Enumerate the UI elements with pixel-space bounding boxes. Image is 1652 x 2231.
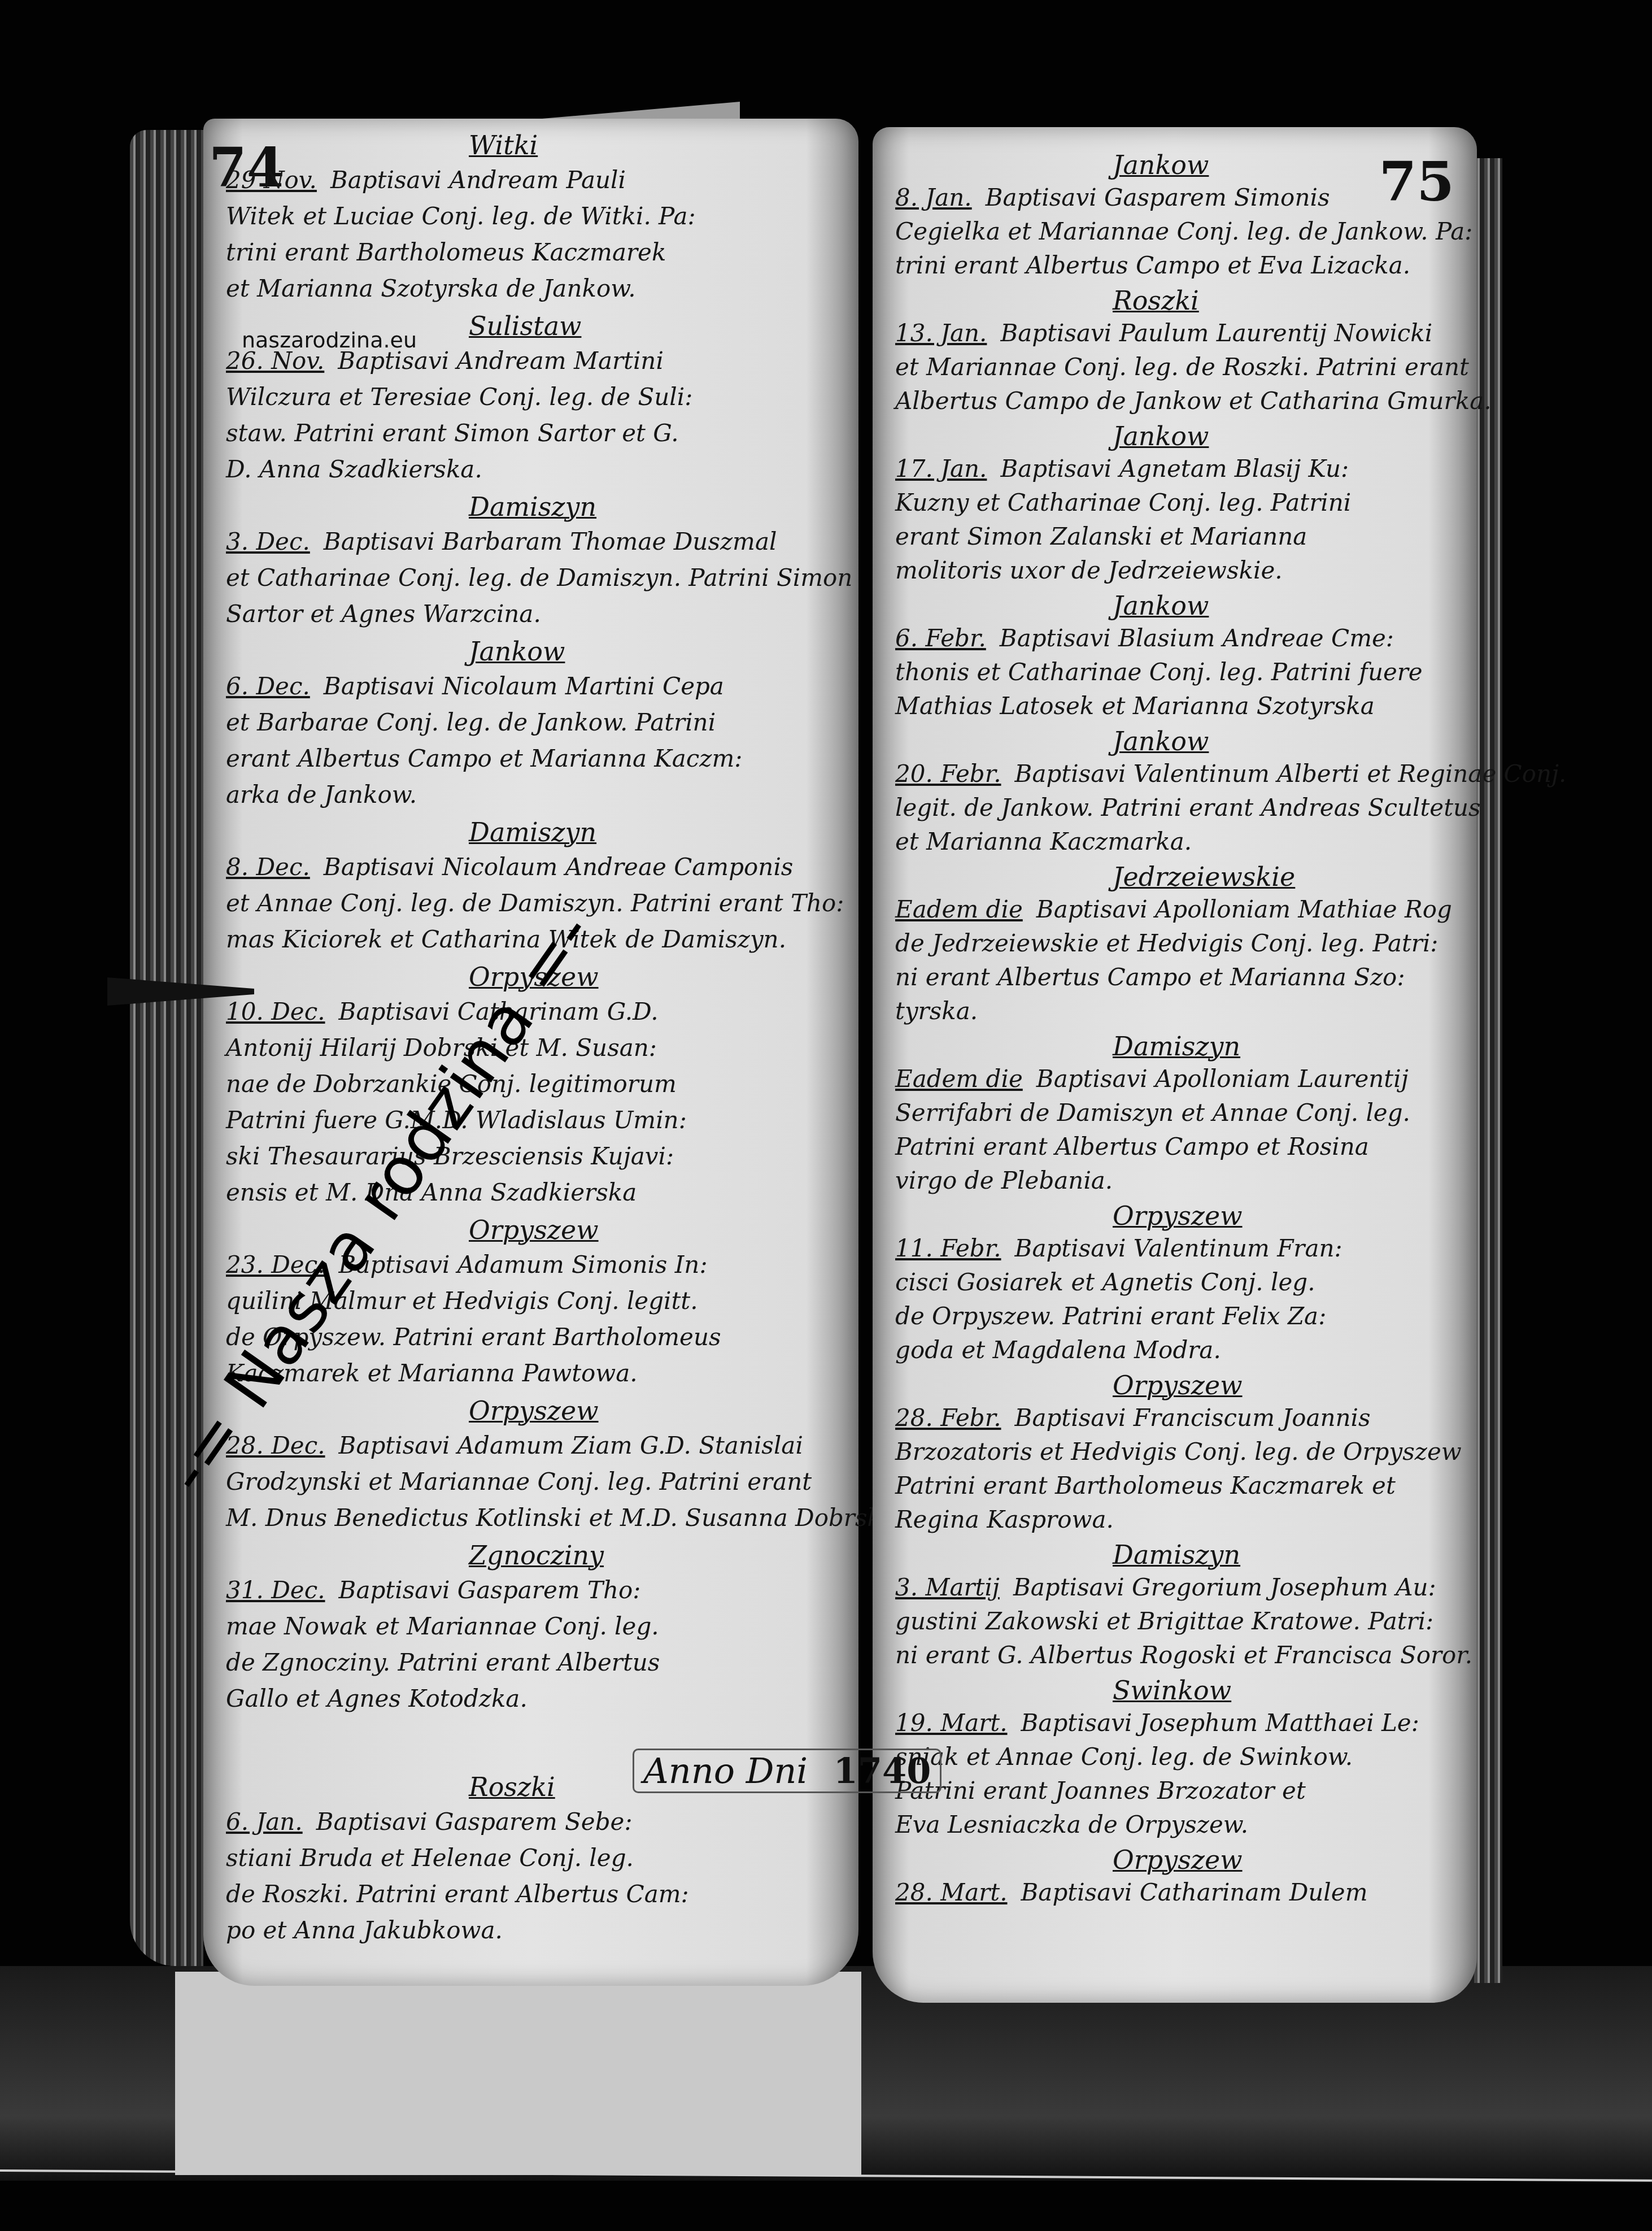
place-heading: Orpyszew [1113, 1845, 1243, 1875]
entry-date: 13. Jan. [895, 319, 987, 347]
place-heading: Orpyszew [469, 1215, 599, 1245]
entry-date: 28. Mart. [895, 1878, 1008, 1906]
place-heading: Roszki [1113, 285, 1199, 316]
year-prefix: Anno Dni [643, 1750, 808, 1791]
entry-line: Mathias Latosek et Marianna Szotyrska [895, 692, 1375, 720]
entry-date: 28. Febr. [895, 1404, 1001, 1432]
place-heading: Witki [469, 130, 538, 160]
entry-date: 6. Febr. [895, 624, 986, 652]
entry-line: de Jedrzeiewskie et Hedvigis Conj. leg. … [895, 929, 1438, 957]
entry-line: po et Anna Jakubkowa. [226, 1916, 503, 1944]
place-heading: Jankow [1113, 421, 1209, 451]
entry-date: 3. Dec. [226, 528, 310, 555]
entry-line: staw. Patrini erant Simon Sartor et G. [226, 419, 679, 447]
place-heading: Sulistaw [469, 311, 581, 341]
entry-date: 11. Febr. [895, 1234, 1001, 1262]
left-page-stack-edges [130, 130, 203, 1966]
entry-line: thonis et Catharinae Conj. leg. Patrini … [895, 658, 1423, 686]
entry-line: 28. Dec.Baptisavi Adamum Ziam G.D. Stani… [226, 1432, 803, 1459]
place-heading: Orpyszew [469, 1395, 599, 1426]
entry-line: mas Kiciorek et Catharina Witek de Damis… [226, 925, 786, 953]
entry-line: 8. Jan.Baptisavi Gasparem Simonis [895, 184, 1330, 211]
entry-date: 3. Martij [895, 1573, 1000, 1601]
entry-line: 17. Jan.Baptisavi Agnetam Blasij Ku: [895, 455, 1349, 482]
place-heading: Damiszyn [469, 817, 596, 847]
entry-line: trini erant Albertus Campo et Eva Lizack… [895, 251, 1410, 279]
entry-line: 10. Dec.Baptisavi Catharinam G.D. [226, 998, 659, 1025]
place-heading: Jankow [1113, 150, 1209, 180]
place-heading: Orpyszew [1113, 1201, 1243, 1231]
entry-line: tyrska. [895, 997, 978, 1025]
entry-line: 3. Dec.Baptisavi Barbaram Thomae Duszmal [226, 528, 777, 555]
entry-date: 17. Jan. [895, 455, 987, 482]
place-heading: Swinkow [1113, 1675, 1231, 1706]
entry-date: 8. Dec. [226, 853, 310, 881]
entry-line: gustini Zakowski et Brigittae Kratowe. P… [895, 1607, 1433, 1635]
entry-line: et Catharinae Conj. leg. de Damiszyn. Pa… [226, 564, 852, 592]
entry-line: 19. Mart.Baptisavi Josephum Matthaei Le: [895, 1709, 1419, 1737]
entry-date: Eadem die [895, 895, 1023, 923]
entry-line: 13. Jan.Baptisavi Paulum Laurentij Nowic… [895, 319, 1432, 347]
place-heading: Damiszyn [1113, 1539, 1240, 1570]
entry-date: 6. Dec. [226, 672, 310, 700]
entry-line: Patrini erant Bartholomeus Kaczmarek et [895, 1472, 1396, 1499]
entry-line: Grodzynski et Mariannae Conj. leg. Patri… [226, 1468, 812, 1495]
entry-line: cisci Gosiarek et Agnetis Conj. leg. [895, 1268, 1315, 1296]
entry-line: Cegielka et Mariannae Conj. leg. de Jank… [895, 218, 1473, 245]
entry-line: Gallo et Agnes Kotodzka. [226, 1685, 528, 1712]
right-page: 75 Jankow8. Jan.Baptisavi Gasparem Simon… [873, 127, 1477, 2003]
watermark-url: naszarodzina.eu [242, 328, 417, 353]
entry-date: 29 Nov. [226, 166, 317, 194]
entry-line: Patrini erant Albertus Campo et Rosina [895, 1133, 1369, 1160]
entry-line: 28. Mart.Baptisavi Catharinam Dulem [895, 1878, 1367, 1906]
entry-line: D. Anna Szadkierska. [226, 455, 482, 483]
entry-line: Albertus Campo de Jankow et Catharina Gm… [895, 387, 1492, 415]
entry-line: de Orpyszew. Patrini erant Felix Za: [895, 1302, 1326, 1330]
place-heading: Jedrzeiewskie [1113, 862, 1295, 892]
entry-line: Brzozatoris et Hedvigis Conj. leg. de Or… [895, 1438, 1462, 1465]
entry-line: Serrifabri de Damiszyn et Annae Conj. le… [895, 1099, 1410, 1127]
entry-date: 6. Jan. [226, 1808, 303, 1836]
entry-line: molitoris uxor de Jedrzeiewskie. [895, 556, 1283, 584]
entry-line: trini erant Bartholomeus Kaczmarek [226, 238, 666, 266]
place-heading: Damiszyn [1113, 1031, 1240, 1062]
entry-line: 8. Dec.Baptisavi Nicolaum Andreae Campon… [226, 853, 793, 881]
entry-date: 31. Dec. [226, 1576, 325, 1604]
entry-line: goda et Magdalena Modra. [895, 1336, 1221, 1364]
entry-line: Regina Kasprowa. [895, 1506, 1114, 1533]
entry-line: Sartor et Agnes Warzcina. [226, 600, 541, 628]
entry-line: M. Dnus Benedictus Kotlinski et M.D. Sus… [226, 1504, 896, 1532]
place-heading: Zgnocziny [469, 1540, 604, 1571]
entry-line: et Barbarae Conj. leg. de Jankow. Patrin… [226, 708, 716, 736]
entry-line: mae Nowak et Mariannae Conj. leg. [226, 1612, 659, 1640]
entry-line: Patrini erant Joannes Brzozator et [895, 1777, 1306, 1804]
entry-line: Witek et Luciae Conj. leg. de Witki. Pa: [226, 202, 696, 230]
entry-line: Eva Lesniaczka de Orpyszew. [895, 1811, 1248, 1838]
year-value: 1740 [834, 1750, 931, 1791]
entry-line: de Zgnocziny. Patrini erant Albertus [226, 1649, 660, 1676]
entry-line: legit. de Jankow. Patrini erant Andreas … [895, 794, 1481, 821]
entry-date: Eadem die [895, 1065, 1023, 1093]
place-heading: Jankow [1113, 590, 1209, 621]
place-heading: Jankow [469, 636, 565, 667]
entry-line: et Marianna Szotyrska de Jankow. [226, 275, 636, 302]
entry-line: 28. Febr.Baptisavi Franciscum Joannis [895, 1404, 1371, 1432]
entry-line: virgo de Plebania. [895, 1167, 1113, 1194]
entry-line: 3. MartijBaptisavi Gregorium Josephum Au… [895, 1573, 1436, 1601]
entry-line: et Marianna Kaczmarka. [895, 828, 1192, 855]
place-heading: Orpyszew [1113, 1370, 1243, 1401]
place-heading: Jankow [1113, 726, 1209, 756]
entry-line: 6. Jan.Baptisavi Gasparem Sebe: [226, 1808, 633, 1836]
entry-line: erant Simon Zalanski et Marianna [895, 523, 1307, 550]
entry-line: 6. Febr.Baptisavi Blasium Andreae Cme: [895, 624, 1394, 652]
entry-line: 29 Nov.Baptisavi Andream Pauli [226, 166, 626, 194]
entry-date: 10. Dec. [226, 998, 325, 1025]
entry-line: arka de Jankow. [226, 781, 417, 808]
entry-line: 11. Febr.Baptisavi Valentinum Fran: [895, 1234, 1342, 1262]
entry-date: 19. Mart. [895, 1709, 1008, 1737]
entry-line: Kuzny et Catharinae Conj. leg. Patrini [895, 489, 1351, 516]
entry-date: 8. Jan. [895, 184, 972, 211]
place-heading: Damiszyn [469, 492, 596, 522]
entry-line: 20. Febr.Baptisavi Valentinum Alberti et… [895, 760, 1566, 788]
right-page-stack-edges [1474, 158, 1502, 1983]
year-marker: Anno Dni 1740 [633, 1749, 941, 1793]
entry-line: erant Albertus Campo et Marianna Kaczm: [226, 745, 742, 772]
entry-line: 6. Dec.Baptisavi Nicolaum Martini Cepa [226, 672, 724, 700]
entry-line: Eadem dieBaptisavi Apolloniam Laurentij [895, 1065, 1409, 1093]
paper-slip [175, 1972, 861, 2175]
entry-line: ni erant G. Albertus Rogoski et Francisc… [895, 1641, 1472, 1669]
entry-line: ni erant Albertus Campo et Marianna Szo: [895, 963, 1405, 991]
entry-line: sniak et Annae Conj. leg. de Swinkow. [895, 1743, 1353, 1771]
entry-line: Wilczura et Teresiae Conj. leg. de Suli: [226, 383, 692, 411]
place-heading: Roszki [469, 1772, 555, 1802]
entry-line: 31. Dec.Baptisavi Gasparem Tho: [226, 1576, 640, 1604]
entry-line: stiani Bruda et Helenae Conj. leg. [226, 1844, 634, 1872]
page-number-right: 75 [1379, 150, 1454, 214]
entry-line: et Mariannae Conj. leg. de Roszki. Patri… [895, 353, 1469, 381]
entry-date: 20. Febr. [895, 760, 1001, 788]
entry-line: de Roszki. Patrini erant Albertus Cam: [226, 1880, 689, 1908]
entry-line: Eadem dieBaptisavi Apolloniam Mathiae Ro… [895, 895, 1452, 923]
